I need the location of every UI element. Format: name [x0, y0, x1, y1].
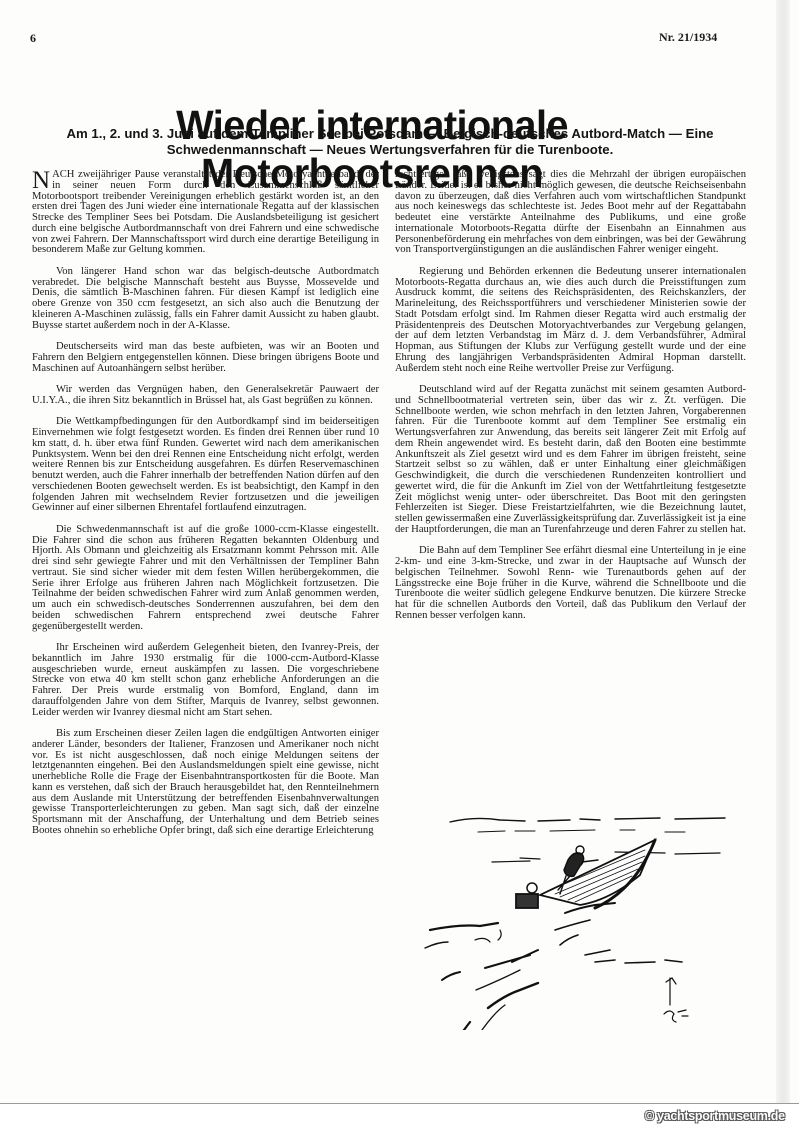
left-column: NACH zweijähriger Pause veranstaltet der… — [32, 170, 379, 847]
paragraph: Wir werden das Vergnügen haben, den Gene… — [32, 385, 379, 407]
right-column: rechtfertigen läßt, wenigstens sagt dies… — [395, 170, 746, 632]
paragraph: Die Bahn auf dem Templiner See erfährt d… — [395, 546, 746, 621]
scan-edge-strip — [776, 0, 790, 1103]
paragraph: Regierung und Behörden erkennen die Bede… — [395, 267, 746, 375]
copyright-watermark: © yachtsportmuseum.de — [645, 1109, 785, 1123]
paragraph: Die Wettkampfbedingungen für den Autbord… — [32, 417, 379, 514]
paragraph: rechtfertigen läßt, wenigstens sagt dies… — [395, 170, 746, 256]
magazine-page: 6 Nr. 21/1934 Wieder internationale Moto… — [0, 0, 799, 1104]
paragraph: Die Schwedenmannschaft ist auf die große… — [32, 525, 379, 633]
page-number: 6 — [30, 31, 36, 46]
speedboat-sketch-icon — [420, 790, 750, 1030]
issue-number: Nr. 21/1934 — [659, 30, 717, 45]
drop-cap: N — [32, 171, 50, 191]
paragraph: Bis zum Erscheinen dieser Zeilen lagen d… — [32, 729, 379, 837]
paragraph: Deutschland wird auf der Regatta zunächs… — [395, 385, 746, 536]
boat-illustration — [420, 790, 750, 1030]
paragraph: Ihr Erscheinen wird außerdem Gelegenheit… — [32, 643, 379, 718]
paragraph: Deutscherseits wird man das beste aufbie… — [32, 342, 379, 374]
paragraph: Von längerer Hand schon war das belgisch… — [32, 267, 379, 332]
article-subtitle: Am 1., 2. und 3. Juni auf dem Templiner … — [20, 126, 760, 158]
paragraph: NACH zweijähriger Pause veranstaltet der… — [32, 170, 379, 256]
